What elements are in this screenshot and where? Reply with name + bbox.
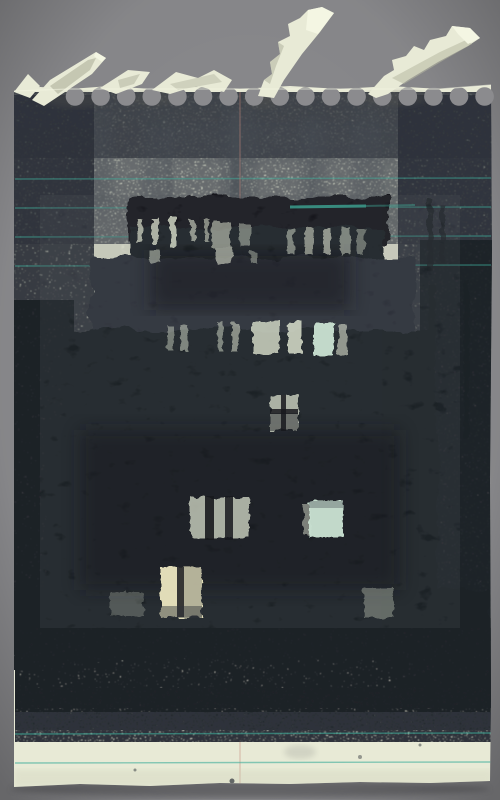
lit-window (167, 325, 173, 351)
teal-streak (366, 205, 415, 206)
railing-gap (357, 230, 365, 254)
punch-hole (450, 87, 469, 106)
lit-window (218, 323, 223, 351)
speck (358, 755, 362, 759)
railing-gap (152, 218, 158, 244)
railing-gap (287, 228, 294, 254)
lit-window (232, 323, 238, 353)
railing-gap (323, 228, 330, 254)
punch-hole (66, 87, 85, 106)
window-shade (160, 606, 202, 618)
speck (134, 769, 137, 772)
railing-gap (170, 216, 176, 246)
artwork-photograph (0, 0, 500, 800)
window-transom (270, 409, 298, 414)
ghost-pole (310, 116, 315, 201)
lit-window (288, 322, 302, 354)
punch-hole (399, 87, 418, 106)
punch-hole (194, 87, 213, 106)
railing-gap (240, 224, 250, 246)
lit-window-mint (314, 322, 334, 356)
railing-gap (150, 250, 160, 264)
speck (419, 744, 422, 747)
artwork-canvas (0, 0, 500, 800)
railing-gap (341, 228, 350, 254)
punch-hole (424, 87, 443, 106)
railing-gap (212, 222, 230, 248)
lit-window (253, 322, 279, 354)
punch-hole (322, 87, 341, 106)
railing-gap (190, 218, 195, 242)
lit-window (338, 324, 347, 354)
small-window (270, 395, 298, 431)
smudge (284, 745, 316, 759)
lit-window (181, 325, 188, 351)
punch-hole (296, 87, 315, 106)
railing-gap (205, 219, 209, 241)
railing-gap (137, 218, 142, 242)
ruled-line (15, 733, 491, 734)
punch-hole (347, 87, 366, 106)
faint-window (110, 592, 144, 616)
lit-window (190, 498, 250, 538)
railing-gap (305, 228, 313, 254)
railing-gap (216, 248, 232, 264)
window-shade (309, 501, 343, 508)
teal-streak (290, 206, 366, 207)
ruled-line (15, 762, 491, 763)
ghost-pole (167, 122, 172, 202)
faint-window (364, 588, 394, 618)
charcoal-drawing (14, 92, 492, 787)
barred-window-pair (190, 496, 250, 540)
window-mullion (205, 496, 214, 540)
railing-gap (250, 252, 258, 264)
building-silhouette (15, 195, 491, 665)
ghost-band (165, 118, 420, 160)
window-mullion (225, 496, 233, 540)
dark-stroke (464, 280, 469, 440)
perforation-holes (66, 87, 494, 106)
ground-texture-light (15, 712, 491, 742)
mint-window (303, 501, 343, 537)
warm-window (160, 567, 202, 618)
punch-hole (475, 87, 494, 106)
speck (230, 779, 235, 784)
